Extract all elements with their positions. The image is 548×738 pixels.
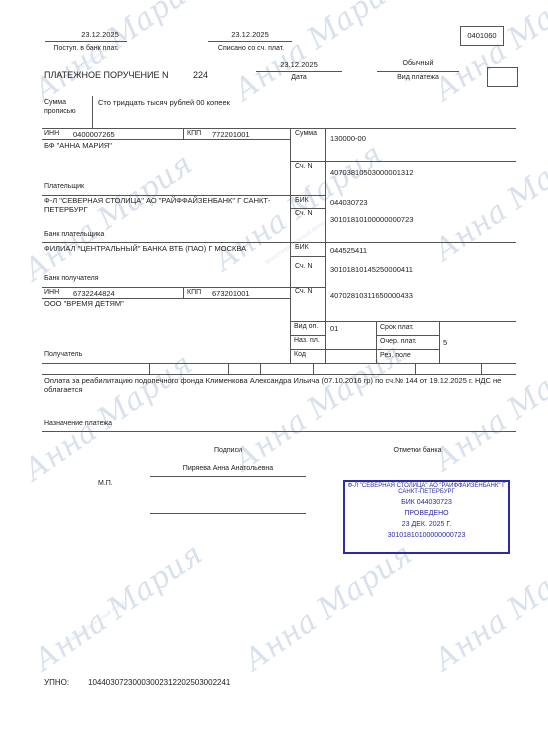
op-type-value: 01: [330, 324, 338, 333]
order-label: Очер. плат.: [380, 338, 417, 345]
payee-kpp: 673201001: [212, 289, 250, 298]
bank-stamp: Ф-Л "СЕВЕРНАЯ СТОЛИЦА" АО "РАЙФФАЙЗЕНБАН…: [343, 480, 510, 554]
signatures-label: Подписи: [150, 447, 306, 454]
payee-bank-account-label: Сч. N: [295, 263, 313, 270]
form-code: 0401060: [460, 26, 504, 46]
bank-marks-label: Отметки банка: [360, 447, 475, 454]
watermark-subtext: благотворительный фонд: [65, 600, 127, 646]
debited-date: 23.12.2025: [208, 30, 292, 39]
watermark-subtext: благотворительный фонд: [265, 220, 327, 266]
payer-bank-account-label: Сч. N: [295, 210, 313, 217]
signer-name: Пиряева Анна Анатольевна: [150, 465, 306, 472]
payee-kpp-label: КПП: [187, 289, 201, 296]
document-number: 224: [193, 70, 208, 80]
document-title: ПЛАТЕЖНОЕ ПОРУЧЕНИЕ N: [44, 70, 168, 80]
amount-words-value: Сто тридцать тысяч рублей 00 копеек: [98, 98, 230, 107]
watermark-text: Анна Мария: [428, 127, 548, 268]
watermark-text: Анна Мария: [428, 0, 548, 108]
stamp-bank-name: Ф-Л "СЕВЕРНАЯ СТОЛИЦА" АО "РАЙФФАЙЗЕНБАН…: [347, 483, 506, 495]
order-value: 5: [443, 338, 447, 347]
stamp-account: 30101810100000000723: [347, 532, 506, 539]
payer-bank-bik: 044030723: [330, 198, 368, 207]
payee-inn-label: ИНН: [44, 289, 59, 296]
payee-bank-bik: 044525411: [330, 246, 367, 255]
op-type-label: Вид оп.: [294, 323, 318, 330]
payer-inn: 0400007265: [73, 130, 115, 139]
stamp-bik: БИК 044030723: [347, 499, 506, 506]
payer-bank-bik-label: БИК: [295, 197, 309, 204]
purpose-code-label: Наз. пл.: [294, 337, 320, 344]
document-date: 23.12.2025: [256, 60, 342, 69]
payer-label: Плательщик: [44, 183, 84, 190]
code-label: Код: [294, 351, 306, 358]
payee-account: 40702810311650000433: [330, 291, 413, 300]
payee-bank-account: 30101810145250000411: [330, 265, 413, 274]
date-label: Дата: [256, 74, 342, 81]
stamp-status: ПРОВЕДЕНО: [347, 510, 506, 517]
payee-bank-label: Банк получателя: [44, 275, 99, 282]
payment-type-label: Вид платежа: [377, 74, 459, 81]
watermark-text: Анна Мария: [238, 537, 419, 678]
payment-type-code-box: [487, 67, 518, 87]
stamp-place-label: М.П.: [98, 480, 113, 487]
payer-name: БФ "АННА МАРИЯ": [44, 141, 112, 150]
watermark-text: Анна Мария: [428, 537, 548, 678]
payment-type: Обычный: [377, 60, 459, 67]
payee-account-label: Сч. N: [295, 288, 313, 295]
watermark-text: Анна Мария: [18, 147, 199, 288]
payee-name: ООО "ВРЕМЯ ДЕТЯМ": [44, 299, 124, 308]
payee-label: Получатель: [44, 351, 82, 358]
amount-label: Сумма: [295, 130, 317, 137]
amount-value: 130000-00: [330, 134, 366, 143]
upno-label: УПНО:: [44, 678, 69, 687]
payer-account-label: Сч. N: [295, 163, 313, 170]
payer-bank-label: Банк плательщика: [44, 231, 104, 238]
payer-kpp: 772201001: [212, 130, 250, 139]
watermark-text: Анна Мария: [28, 0, 209, 108]
purpose-text: Оплата за реабилитацию подопечного фонда…: [44, 376, 504, 394]
payer-kpp-label: КПП: [187, 130, 201, 137]
payer-bank-account: 30101810100000000723: [330, 215, 413, 224]
purpose-label: Назначение платежа: [44, 420, 112, 427]
payer-account: 40703810503000001312: [330, 168, 413, 177]
watermark-text: Анна Мария: [428, 337, 548, 478]
reserve-label: Рез. поле: [380, 352, 411, 359]
payee-bank-bik-label: БИК: [295, 244, 309, 251]
upno-value: 10440307230003002312202503002241: [88, 678, 230, 687]
watermark-text: Анна Мария: [28, 537, 209, 678]
payer-inn-label: ИНН: [44, 130, 59, 137]
debited-label: Списано со сч. плат.: [205, 45, 297, 52]
watermark-text: Анна Мария: [228, 0, 409, 108]
received-label: Поступ. в банк плат.: [45, 45, 127, 52]
payee-bank-name: ФИЛИАЛ "ЦЕНТРАЛЬНЫЙ" БАНКА ВТБ (ПАО) Г М…: [44, 244, 246, 253]
received-date: 23.12.2025: [50, 30, 150, 39]
payer-bank-name: Ф-Л "СЕВЕРНАЯ СТОЛИЦА" АО "РАЙФФАЙЗЕНБАН…: [44, 196, 284, 214]
stamp-date: 23 ДЕК. 2025 Г.: [347, 521, 506, 528]
payee-inn: 6732244824: [73, 289, 115, 298]
amount-words-label: Сумма прописью: [44, 98, 90, 116]
due-label: Срок плат.: [380, 324, 414, 331]
